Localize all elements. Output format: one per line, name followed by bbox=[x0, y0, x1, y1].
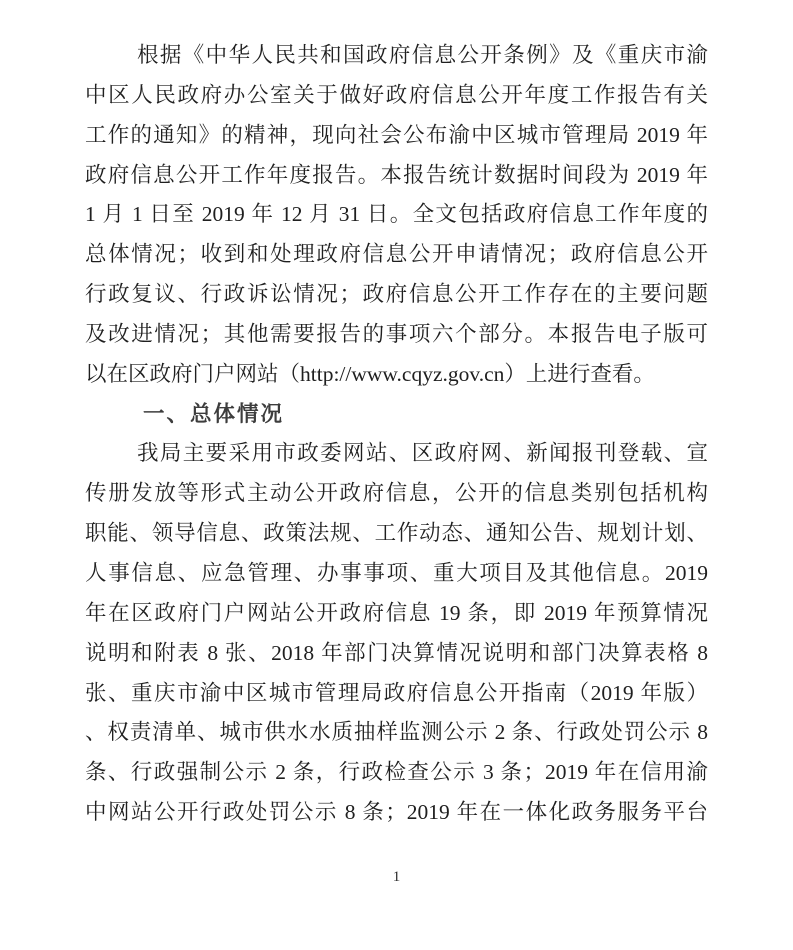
section-heading: 一、总体情况 bbox=[85, 395, 708, 435]
text-line: 总体情况；收到和处理政府信息公开申请情况；政府信息公开 bbox=[85, 235, 708, 275]
paragraph-2: 我局主要采用市政委网站、区政府网、新闻报刊登载、宣传册发放等形式主动公开政府信息… bbox=[85, 434, 708, 832]
text-line: 根据《中华人民共和国政府信息公开条例》及《重庆市渝 bbox=[85, 36, 708, 76]
text-line: 我局主要采用市政委网站、区政府网、新闻报刊登载、宣 bbox=[85, 434, 708, 474]
text-line: 工作的通知》的精神，现向社会公布渝中区城市管理局 2019 年 bbox=[85, 116, 708, 156]
paragraph-1: 根据《中华人民共和国政府信息公开条例》及《重庆市渝中区人民政府办公室关于做好政府… bbox=[85, 36, 708, 395]
text-line: 行政复议、行政诉讼情况；政府信息公开工作存在的主要问题 bbox=[85, 275, 708, 315]
text-line: 、权责清单、城市供水水质抽样监测公示 2 条、行政处罚公示 8 bbox=[85, 713, 708, 753]
text-line: 人事信息、应急管理、办事事项、重大项目及其他信息。2019 bbox=[85, 554, 708, 594]
text-line: 年在区政府门户网站公开政府信息 19 条，即 2019 年预算情况 bbox=[85, 594, 708, 634]
text-line: 张、重庆市渝中区城市管理局政府信息公开指南（2019 年版） bbox=[85, 674, 708, 714]
text-line: 条、行政强制公示 2 条，行政检查公示 3 条；2019 年在信用渝 bbox=[85, 753, 708, 793]
text-line: 政府信息公开工作年度报告。本报告统计数据时间段为 2019 年 bbox=[85, 156, 708, 196]
text-line: 1 月 1 日至 2019 年 12 月 31 日。全文包括政府信息工作年度的 bbox=[85, 195, 708, 235]
text-line: 以在区政府门户网站（http://www.cqyz.gov.cn）上进行查看。 bbox=[85, 355, 708, 395]
text-line: 说明和附表 8 张、2018 年部门决算情况说明和部门决算表格 8 bbox=[85, 634, 708, 674]
text-line: 中区人民政府办公室关于做好政府信息公开年度工作报告有关 bbox=[85, 76, 708, 116]
page-number: 1 bbox=[85, 867, 708, 887]
text-line: 中网站公开行政处罚公示 8 条；2019 年在一体化政务服务平台 bbox=[85, 793, 708, 833]
text-line: 传册发放等形式主动公开政府信息，公开的信息类别包括机构 bbox=[85, 474, 708, 514]
text-line: 及改进情况；其他需要报告的事项六个部分。本报告电子版可 bbox=[85, 315, 708, 355]
document-page: 根据《中华人民共和国政府信息公开条例》及《重庆市渝中区人民政府办公室关于做好政府… bbox=[0, 0, 793, 950]
text-line: 职能、领导信息、政策法规、工作动态、通知公告、规划计划、 bbox=[85, 514, 708, 554]
